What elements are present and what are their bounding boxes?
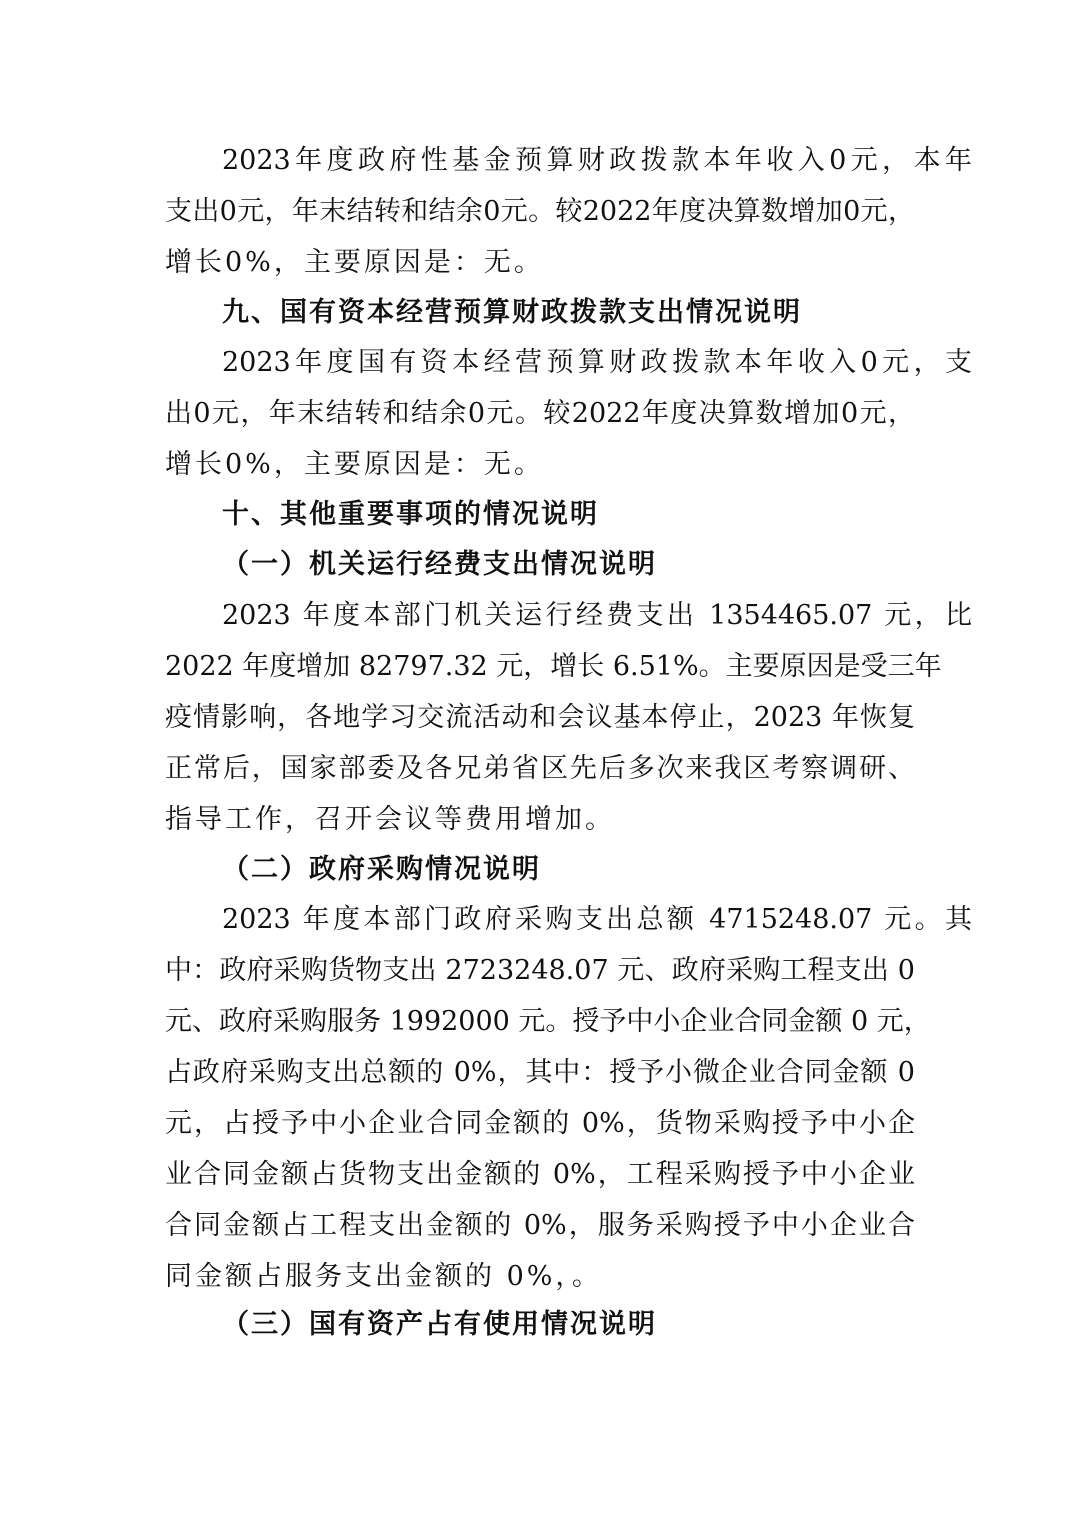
paragraph-state-capital-budget-line-3: 增长0%，主要原因是：无。 bbox=[165, 445, 915, 485]
paragraph-operating-expenses-line-4: 正常后，国家部委及各兄弟省区先后多次来我区考察调研、 bbox=[165, 749, 915, 789]
paragraph-gov-fund-budget-line-1: 2023年度政府性基金预算财政拨款本年收入0元，本年 bbox=[222, 141, 972, 181]
paragraph-operating-expenses-line-5: 指导工作，召开会议等费用增加。 bbox=[165, 800, 915, 840]
paragraph-gov-procurement-line-3: 元、政府采购服务 1992000 元。授予中小企业合同金额 0 元， bbox=[165, 1002, 915, 1042]
paragraph-gov-procurement-line-7: 合同金额占工程支出金额的 0%，服务采购授予中小企业合 bbox=[165, 1206, 915, 1246]
heading-section-10: 十、其他重要事项的情况说明 bbox=[222, 495, 972, 535]
document-page: 2023年度政府性基金预算财政拨款本年收入0元，本年 支出0元，年末结转和结余0… bbox=[0, 0, 1074, 1520]
paragraph-gov-procurement-line-6: 业合同金额占货物支出金额的 0%，工程采购授予中小企业 bbox=[165, 1155, 915, 1195]
paragraph-gov-procurement-line-2: 中：政府采购货物支出 2723248.07 元、政府采购工程支出 0 bbox=[165, 951, 915, 991]
paragraph-gov-fund-budget-line-2: 支出0元，年末结转和结余0元。较2022年度决算数增加0元， bbox=[165, 192, 915, 232]
paragraph-state-capital-budget-line-1: 2023年度国有资本经营预算财政拨款本年收入0元，支 bbox=[222, 343, 972, 383]
subheading-3: （三）国有资产占有使用情况说明 bbox=[222, 1305, 972, 1345]
paragraph-gov-procurement-line-4: 占政府采购支出总额的 0%，其中：授予小微企业合同金额 0 bbox=[165, 1053, 915, 1093]
paragraph-operating-expenses-line-1: 2023 年度本部门机关运行经费支出 1354465.07 元，比 bbox=[222, 596, 972, 636]
subheading-2: （二）政府采购情况说明 bbox=[222, 850, 972, 890]
paragraph-gov-procurement-line-8: 同金额占服务支出金额的 0%，。 bbox=[165, 1257, 915, 1297]
paragraph-gov-procurement-line-1: 2023 年度本部门政府采购支出总额 4715248.07 元。其 bbox=[222, 900, 972, 940]
subheading-1: （一）机关运行经费支出情况说明 bbox=[222, 545, 972, 585]
paragraph-gov-procurement-line-5: 元，占授予中小企业合同金额的 0%，货物采购授予中小企 bbox=[165, 1104, 915, 1144]
heading-section-9: 九、国有资本经营预算财政拨款支出情况说明 bbox=[222, 293, 972, 333]
paragraph-gov-fund-budget-line-3: 增长0%，主要原因是：无。 bbox=[165, 243, 915, 283]
paragraph-operating-expenses-line-2: 2022 年度增加 82797.32 元，增长 6.51%。主要原因是受三年 bbox=[165, 647, 915, 687]
paragraph-operating-expenses-line-3: 疫情影响，各地学习交流活动和会议基本停止，2023 年恢复 bbox=[165, 698, 915, 738]
paragraph-state-capital-budget-line-2: 出0元，年末结转和结余0元。较2022年度决算数增加0元， bbox=[165, 394, 915, 434]
